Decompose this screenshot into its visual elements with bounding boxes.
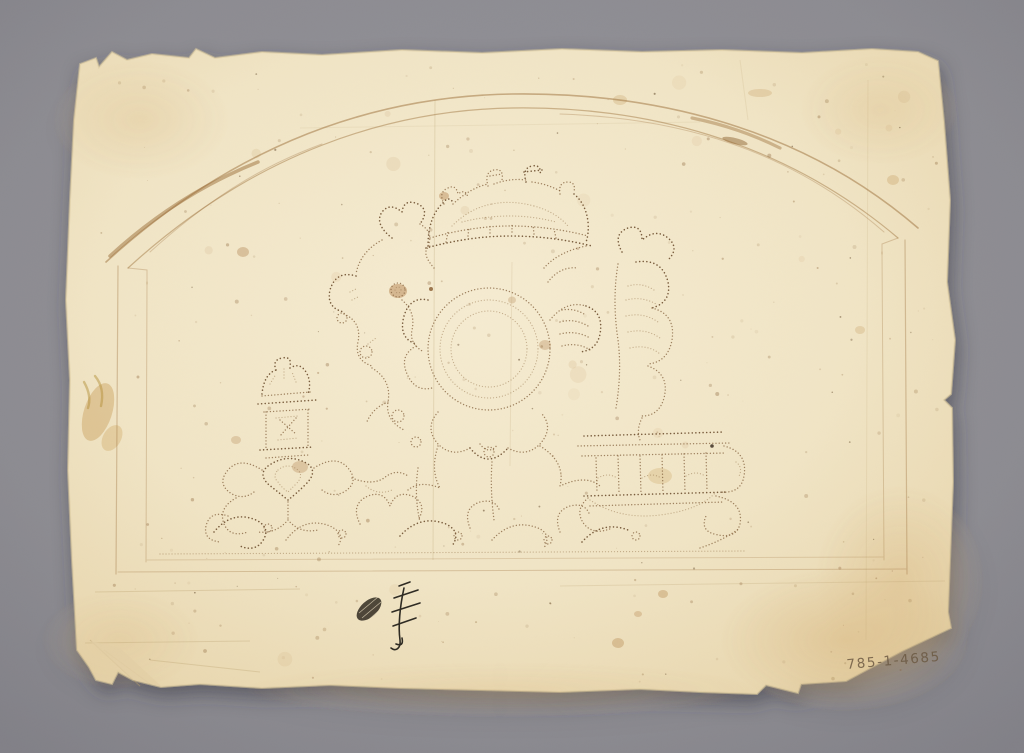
paper-sheet: 785-1-4685 [40,49,985,718]
photo-canvas: 785-1-4685 [0,0,1024,753]
photograph: 785-1-4685 [0,0,1024,753]
